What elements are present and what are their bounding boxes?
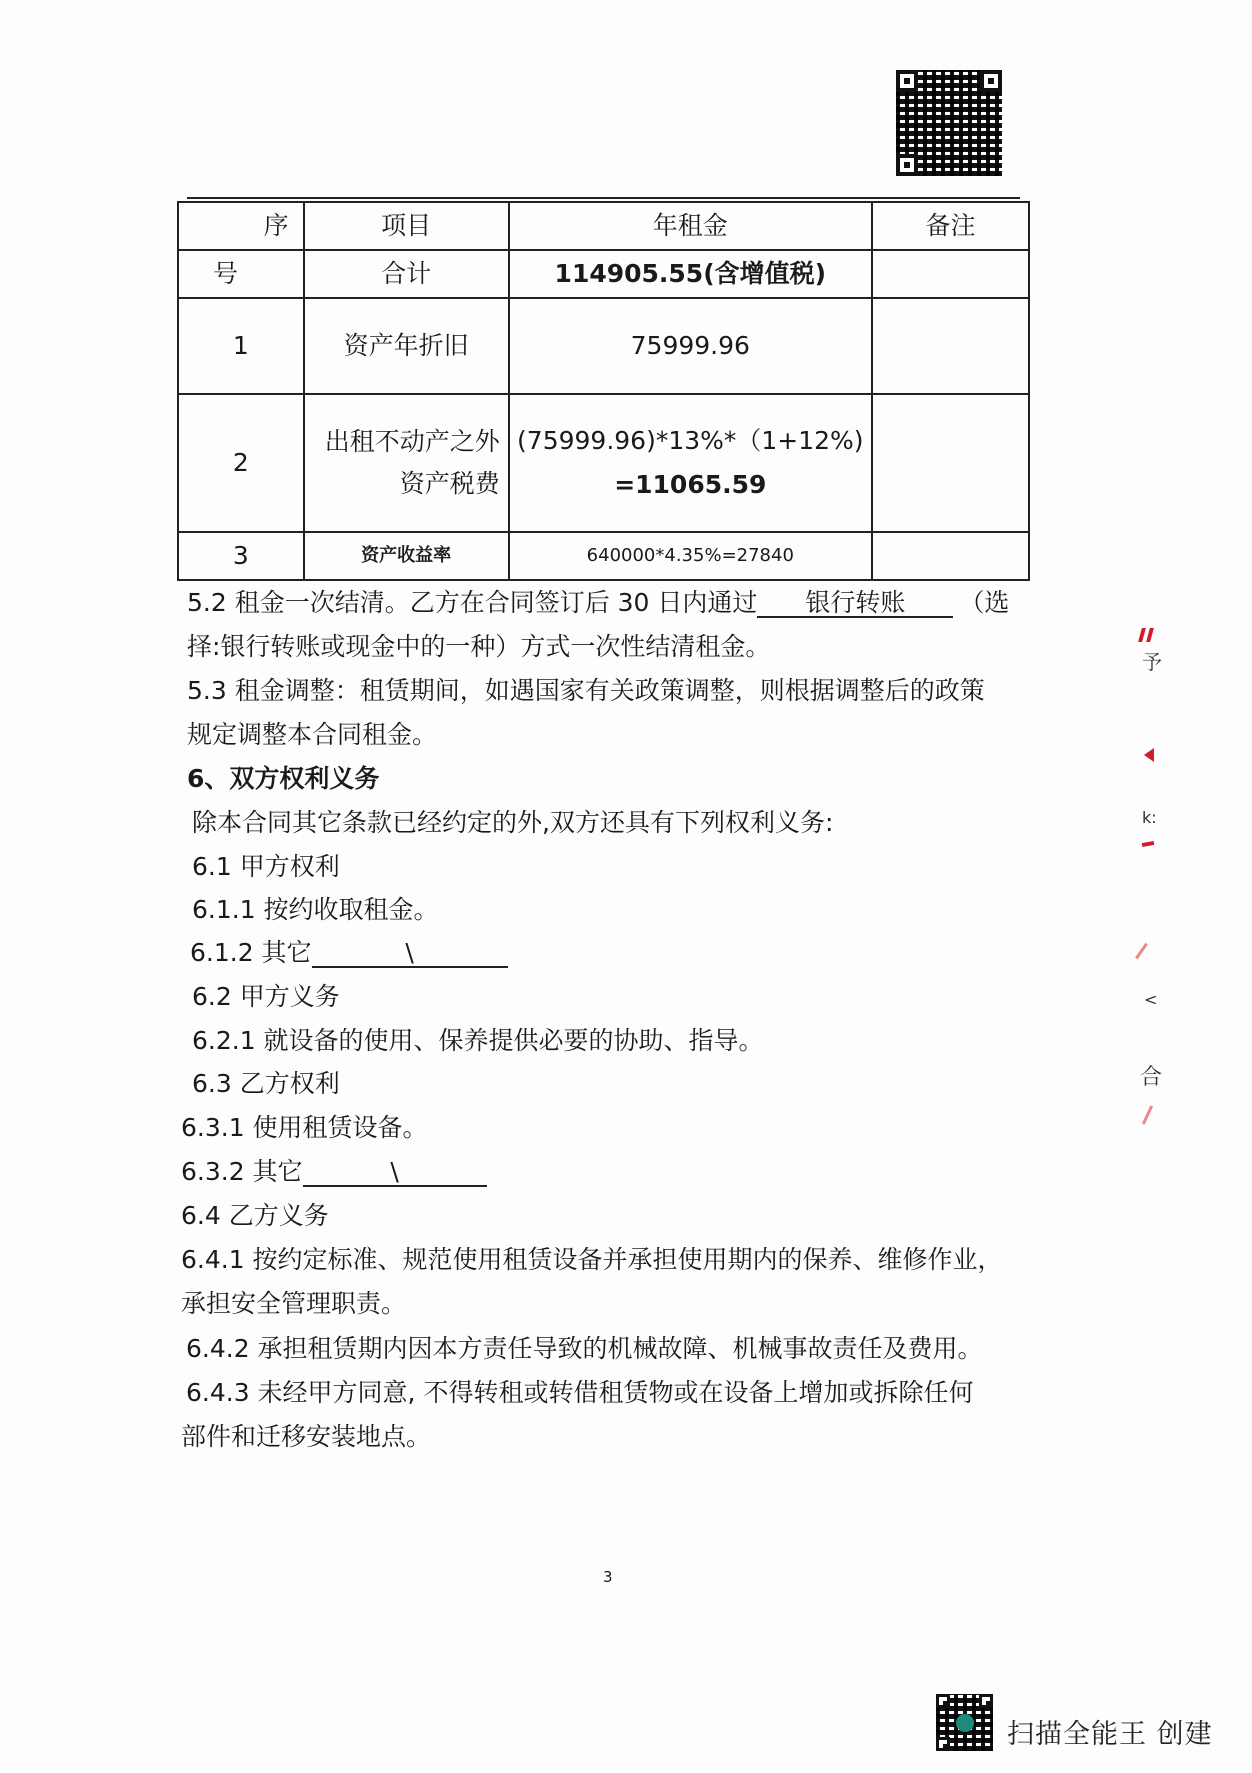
header-remark: 备注 xyxy=(872,202,1029,250)
clause-6-2: 6.2 甲方义务 xyxy=(192,982,340,1012)
clause-5-2-line2: 择:银行转账或现金中的一种）方式一次性结清租金。 xyxy=(187,632,770,662)
total-value: 114905.55(含增值税) xyxy=(509,250,872,298)
clause-6-3: 6.3 乙方权利 xyxy=(192,1069,340,1099)
clause-5-2-text-b: （选 xyxy=(959,588,1009,617)
camscanner-qr-icon xyxy=(936,1694,993,1751)
clause-5-2-line1: 5.2 租金一次结清。乙方在合同签订后 30 日内通过银行转账（选 xyxy=(187,588,1009,618)
other-fill-6-3-2: \ xyxy=(303,1159,487,1187)
total-remark xyxy=(872,250,1029,298)
row-value: 75999.96 xyxy=(509,298,872,394)
row-no: 1 xyxy=(178,298,304,394)
header-seq-top: 序 xyxy=(178,202,304,250)
clause-6-4-3-line2: 部件和迁移安装地点。 xyxy=(181,1422,431,1452)
clause-6-1-2-text: 6.1.2 其它 xyxy=(190,938,312,967)
row-value: 640000*4.35%=27840 xyxy=(509,532,872,580)
clause-6-1-1: 6.1.1 按约收取租金。 xyxy=(192,895,439,925)
page-number: 3 xyxy=(603,1568,613,1586)
row-value-result: =11065.59 xyxy=(510,463,871,507)
clause-6-4-2: 6.4.2 承担租赁期内因本方责任导致的机械故障、机械事故责任及费用。 xyxy=(186,1334,983,1364)
clause-5-2-text: 5.2 租金一次结清。乙方在合同签订后 30 日内通过 xyxy=(187,588,757,617)
other-fill-6-1-2: \ xyxy=(312,940,508,968)
row-item: 资产收益率 xyxy=(304,532,509,580)
row-remark xyxy=(872,298,1029,394)
clause-5-3-line1: 5.3 租金调整：租赁期间，如遇国家有关政策调整，则根据调整后的政策 xyxy=(187,676,985,706)
row-item: 资产年折旧 xyxy=(304,298,509,394)
clause-6-3-2: 6.3.2 其它\ xyxy=(181,1157,487,1187)
row-value-formula: (75999.96)*13%*（1+12%) xyxy=(510,419,871,463)
header-rule xyxy=(187,197,1020,199)
camscanner-logo-icon xyxy=(956,1714,974,1732)
row-remark xyxy=(872,394,1029,532)
clause-6-4-1-line2: 承担安全管理职责。 xyxy=(181,1289,406,1319)
row-value: (75999.96)*13%*（1+12%) =11065.59 xyxy=(509,394,872,532)
total-label: 合计 xyxy=(304,250,509,298)
table-header-row: 序 项目 年租金 备注 xyxy=(178,202,1029,250)
clause-6-3-1: 6.3.1 使用租赁设备。 xyxy=(181,1113,428,1143)
header-item: 项目 xyxy=(304,202,509,250)
header-seq-bottom: 号 xyxy=(178,250,304,298)
header-annual-rent: 年租金 xyxy=(509,202,872,250)
camscanner-footer-text: 扫描全能王 创建 xyxy=(1007,1712,1213,1751)
clause-6-4-1-line1: 6.4.1 按约定标准、规范使用租赁设备并承担使用期内的保养、维修作业， xyxy=(181,1245,1003,1275)
table-total-row: 号 合计 114905.55(含增值税) xyxy=(178,250,1029,298)
clause-6-2-1: 6.2.1 就设备的使用、保养提供必要的协助、指导。 xyxy=(192,1026,764,1056)
rent-table: 序 项目 年租金 备注 号 合计 114905.55(含增值税) 1 资产年折旧… xyxy=(177,201,1030,581)
partial-seal-stamp: 予 k: < 合 xyxy=(1140,620,1170,1200)
clause-5-3-line2: 规定调整本合同租金。 xyxy=(187,720,437,750)
payment-method-fill: 银行转账 xyxy=(757,590,953,618)
clause-6-3-2-text: 6.3.2 其它 xyxy=(181,1157,303,1186)
section-6-intro: 除本合同其它条款已经约定的外,双方还具有下列权利义务: xyxy=(192,808,833,838)
row-item: 出租不动产之外资产税费 xyxy=(304,394,509,532)
qr-code xyxy=(896,70,1002,176)
table-row: 2 出租不动产之外资产税费 (75999.96)*13%*（1+12%) =11… xyxy=(178,394,1029,532)
table-row: 3 资产收益率 640000*4.35%=27840 xyxy=(178,532,1029,580)
clause-6-4: 6.4 乙方义务 xyxy=(181,1201,329,1231)
clause-6-1-2: 6.1.2 其它\ xyxy=(190,938,508,968)
row-no: 3 xyxy=(178,532,304,580)
table-row: 1 资产年折旧 75999.96 xyxy=(178,298,1029,394)
clause-6-4-3-line1: 6.4.3 未经甲方同意, 不得转租或转借租赁物或在设备上增加或拆除任何 xyxy=(186,1378,973,1408)
row-no: 2 xyxy=(178,394,304,532)
clause-6-1: 6.1 甲方权利 xyxy=(192,852,340,882)
section-6-heading: 6、双方权利义务 xyxy=(187,764,379,794)
row-remark xyxy=(872,532,1029,580)
